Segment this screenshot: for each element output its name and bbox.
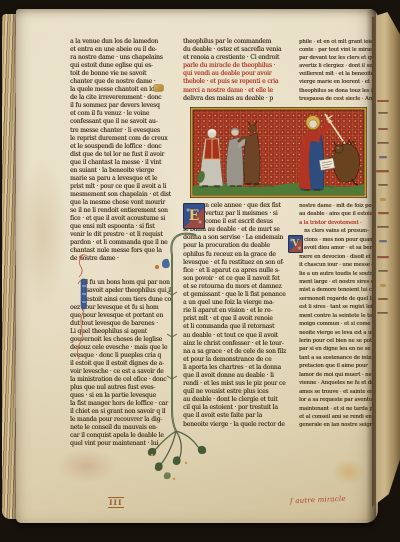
text-line: qui vendi au deable pour avoir bbox=[183, 70, 288, 78]
text-line: ns clers vains et presum- bbox=[299, 227, 375, 235]
parchment-stain bbox=[332, 459, 366, 485]
text-line: ra nostre dame · uns chapelains bbox=[70, 54, 171, 62]
text-line: conte · par tout vint le miracle et bbox=[299, 46, 374, 54]
text-line: it chascun iour · une messe oub- bbox=[299, 261, 375, 269]
text-line: dist que de tel lor ne fust il avoir bbox=[70, 151, 171, 159]
text-line: pretacion que il aime pour bbox=[299, 362, 375, 370]
text-column-middle-top: theophilus par le commandemdu deable · o… bbox=[183, 38, 288, 103]
text-line: mere en devocion · disoit et loo- bbox=[299, 253, 375, 261]
manuscript-page: a la venue dun los de lamedonet entra en… bbox=[16, 9, 378, 523]
facing-page-fore-edge bbox=[372, 12, 400, 509]
text-line: merci a nostre dame · et elle le bbox=[183, 87, 288, 95]
photo-stage: a la venue dun los de lamedonet entra en… bbox=[0, 0, 400, 542]
text-line: parle du miracle de theophilus · bbox=[183, 62, 288, 70]
text-line: cions · mes non pour quant bbox=[299, 236, 375, 244]
text-line: par si en digne leu en ne se pot et bbox=[299, 345, 375, 353]
text-line: veillerent mlt · et la beneoite bbox=[299, 70, 374, 78]
text-line: lamor de moi qui muert · ne bbox=[299, 371, 375, 379]
text-line: que il chantast la messe · il vint bbox=[70, 159, 171, 167]
text-line: ames se trouve · et sainte en meil- bbox=[299, 388, 375, 396]
text-line: marie sa paru a levesque et le bbox=[70, 175, 171, 183]
text-line: maintenant · et si ne tarda point bbox=[299, 405, 375, 413]
text-line: generale en lan nostre seignor · bbox=[299, 421, 375, 429]
text-line: du deable · ostez et sacrefia venia bbox=[183, 46, 288, 54]
text-line: que la mesme chose vont mourir bbox=[70, 199, 171, 207]
text-column-right-top: phile · et en ot mlt grant ioie econte ·… bbox=[299, 38, 374, 103]
text-line: il fu sommez par devers levesq bbox=[70, 102, 171, 110]
text-line: thebole · et puis se repenti e cria bbox=[183, 78, 288, 86]
text-line: et com il fu venuz · le voine bbox=[70, 110, 171, 118]
text-line: mesmement son chapelain · et dist bbox=[70, 191, 171, 199]
text-line: et renoia a crestiente · Ci endroit bbox=[183, 54, 288, 62]
text-line: delivra des mains au deable · p bbox=[183, 95, 288, 103]
text-line: fice · et que il avoit acoustume si bbox=[70, 215, 171, 223]
text-line: moign commun · et si come la be- bbox=[299, 320, 375, 328]
text-line: par devant toz les clers et que bbox=[299, 54, 374, 62]
text-line: sermonoit regarde de quel lignage bbox=[299, 295, 375, 303]
text-line: confessant que il ne savoit au- bbox=[70, 118, 171, 126]
quire-signature: III bbox=[108, 498, 124, 507]
text-line: et entra en une abeie ou il de- bbox=[70, 46, 171, 54]
gutter-shadow bbox=[366, 10, 376, 522]
text-line: et le souspendi de loffice · donc bbox=[70, 143, 171, 151]
pen-flourished-initial-I bbox=[72, 253, 90, 363]
text-line: theophilus par le commandem bbox=[183, 38, 288, 46]
text-line: vienne · Anqueles ne fu et des bbox=[299, 379, 375, 387]
text-line: lie a un autre toudis le soutre- bbox=[299, 270, 375, 278]
text-line: avertiz li clergiez · dont il se mer- bbox=[299, 62, 374, 70]
text-line: ment contre la seintete le tes- bbox=[299, 312, 375, 320]
initial-letter: V bbox=[292, 239, 299, 249]
parchment-stain bbox=[16, 159, 68, 309]
text-line: prist mlt · pour ce que il avoit a li bbox=[70, 183, 171, 191]
parchment-stain bbox=[56, 449, 116, 483]
text-line: tre messe chanter · li evesques bbox=[70, 127, 171, 135]
text-line: a la venue dun los de lamedon bbox=[70, 38, 171, 46]
miniature-theophilus-legend bbox=[190, 107, 367, 198]
text-line: lerin pour cel bien ne se pot que bbox=[299, 337, 375, 345]
text-line: a la tristor devotement · bbox=[299, 219, 375, 227]
initial-letter: E bbox=[189, 208, 200, 224]
ivy-vine-extender bbox=[144, 225, 216, 485]
text-line: le reprist durement com de creux bbox=[70, 135, 171, 143]
text-line: mist a demore tenoient lui cil qui bbox=[299, 286, 375, 294]
blue-leaf bbox=[162, 259, 170, 268]
text-line: theophilus se dona touz les iorz bbox=[299, 87, 374, 95]
text-line: toit de bonne vie ne savoit bbox=[70, 70, 171, 78]
text-line: ment large · et nostre sires disoit bbox=[299, 278, 375, 286]
text-line: lor a sa requeste par aventure bbox=[299, 396, 375, 404]
text-line: qui estoit dune eglise qui es- bbox=[70, 62, 171, 70]
catchword: ſ autre miracle bbox=[290, 495, 346, 505]
text-line: tant a sa sostenance de inter- bbox=[299, 354, 375, 362]
text-line: de la cite irreveremment · donc bbox=[70, 94, 171, 102]
text-line: neoite vierge se leva est a un pe- bbox=[299, 329, 375, 337]
facing-page-text-smudges bbox=[372, 12, 400, 509]
text-column-right-body: nostre dame · mlt de foiz pourau deable … bbox=[299, 202, 375, 430]
text-line: il avoit dieu amor · et sa beneoite bbox=[299, 244, 375, 252]
text-line: en suiant · la beneoite vierge bbox=[70, 167, 171, 175]
text-line: au deable · ains que il estoie for bbox=[299, 210, 375, 218]
illuminated-initial-V: V bbox=[288, 235, 303, 253]
text-line: vierge marie en loerent · et bbox=[299, 78, 374, 86]
charter-document bbox=[319, 158, 335, 170]
gold-paraph-mark bbox=[154, 85, 163, 91]
text-line: est li sires · tant se regist loiau- bbox=[299, 303, 375, 311]
orange-bud bbox=[155, 265, 159, 269]
text-line: phile · et en ot mlt grant ioie e bbox=[299, 38, 374, 46]
text-line: trespassa de cest siecle · Amen bbox=[299, 95, 374, 103]
text-line: et al conseil ami se rendi en tel bbox=[299, 413, 375, 421]
text-line: nostre dame · mlt de foiz pour bbox=[299, 202, 375, 210]
ivy-leaves bbox=[148, 446, 206, 471]
text-line: se il ne li rendoit entierement son bbox=[70, 207, 171, 215]
